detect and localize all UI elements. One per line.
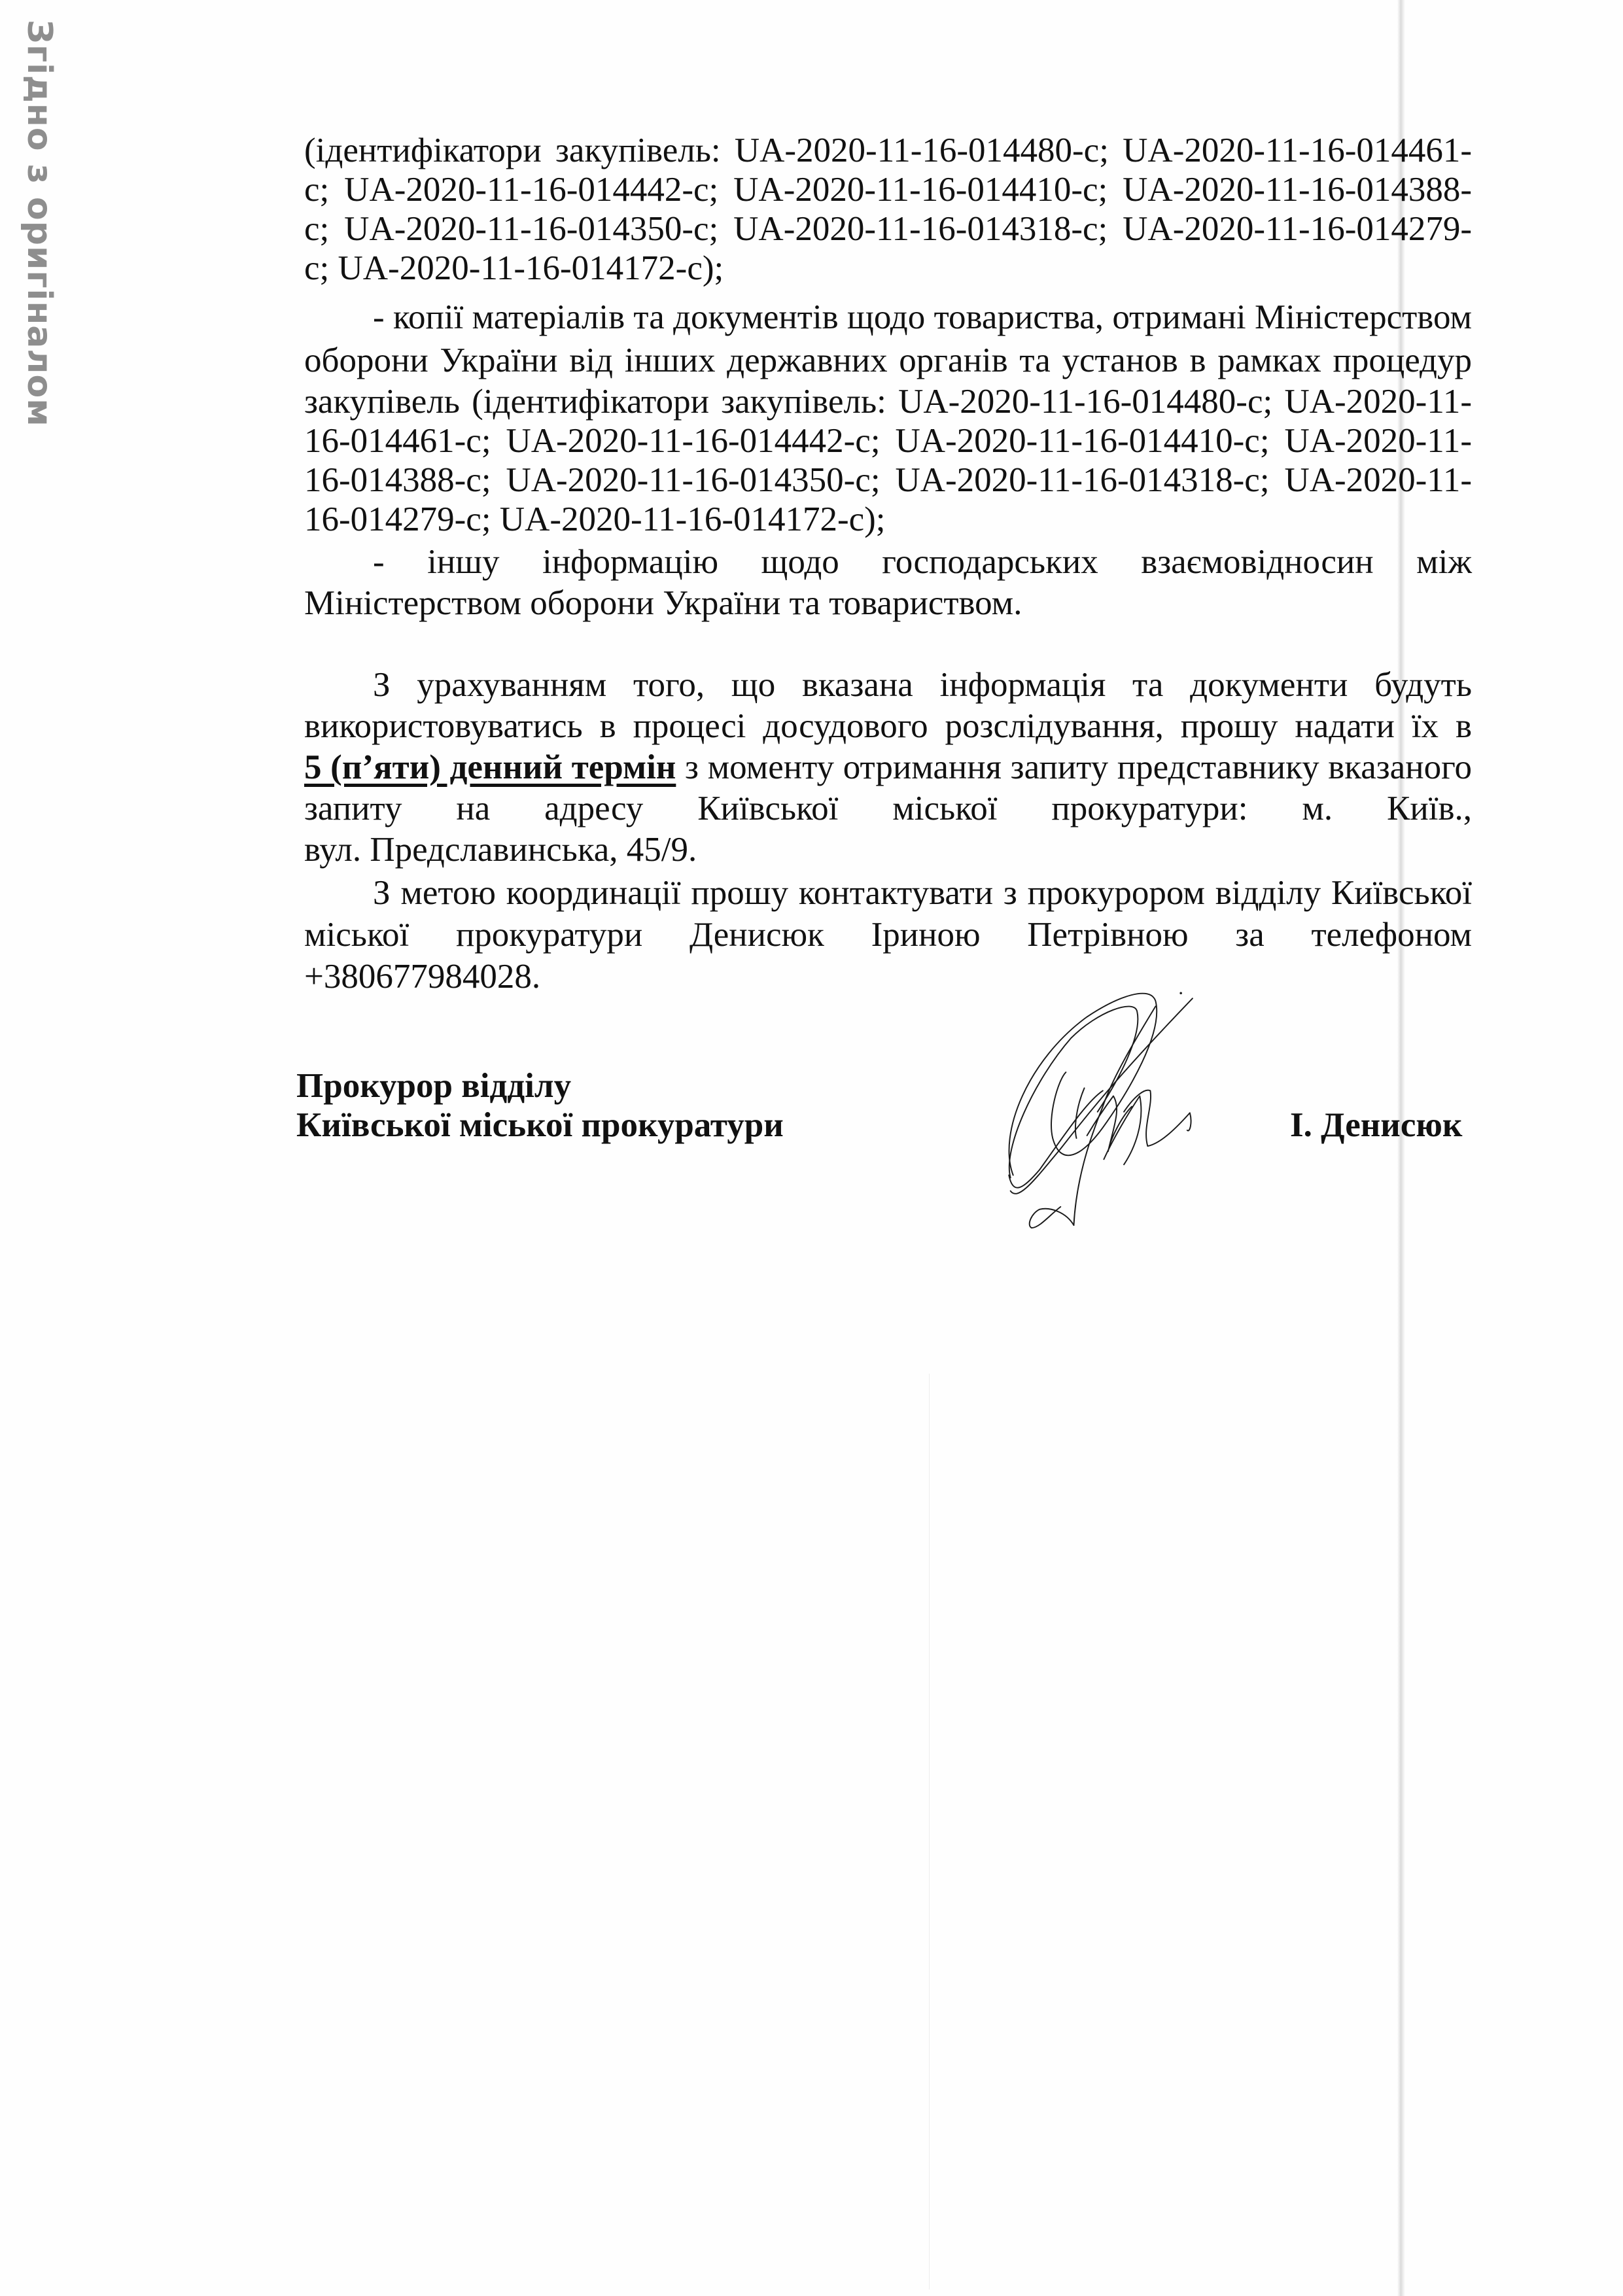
text-line: 16-014388-с; UA-2020-11-16-014350-с; UA-… [304,461,1472,500]
text-line: запиту на адресу Київської міської проку… [304,788,1472,829]
deadline-rest: з моменту отримання запиту представнику … [676,748,1472,786]
text-line: с; UA-2020-11-16-014350-с; UA-2020-11-16… [304,209,1472,249]
text-line: - іншу інформацію щодо господарських вза… [304,540,1472,583]
deadline-emphasis: 5 (п’яти) денний термін [304,748,676,786]
handwritten-signature-icon [981,975,1256,1302]
text-line: Міністерством оборони України та товарис… [304,583,1472,623]
text-line: 16-014461-с; UA-2020-11-16-014442-с; UA-… [304,421,1472,461]
signatory-position: Прокурор відділу Київської міської проку… [296,1066,784,1145]
materials-copies-item: - копії матеріалів та документів щодо то… [304,296,1472,539]
text-line-deadline: 5 (п’яти) денний термін з моменту отрима… [304,747,1472,788]
text-line: З урахуванням того, що вказана інформаці… [304,665,1472,706]
contact-paragraph: З метою координації прошу контактувати з… [304,872,1472,998]
text-line: (ідентифікатори закупівель: UA-2020-11-1… [304,131,1472,170]
text-line: оборони України від інших державних орга… [304,339,1472,382]
other-information-item: - іншу інформацію щодо господарських вза… [304,540,1472,623]
text-line: використовуватись в процесі досудового р… [304,706,1472,747]
scan-fold-line-faint [929,1374,930,2289]
text-line: З метою координації прошу контактувати з… [304,872,1472,914]
text-line: 16-014279-с; UA-2020-11-16-014172-с); [304,500,1472,539]
procurement-ids-paragraph: (ідентифікатори закупівель: UA-2020-11-1… [304,131,1472,288]
text-line: міської прокуратури Денисюк Іриною Петрі… [304,914,1472,956]
position-organization: Київської міської прокуратури [296,1105,784,1145]
position-title: Прокурор відділу [296,1066,784,1105]
deadline-request-paragraph: З урахуванням того, що вказана інформаці… [304,665,1472,871]
phone-number: +380677984028. [304,956,1472,998]
signatory-name: І. Денисюк [1290,1105,1462,1145]
text-line: с; UA-2020-11-16-014442-с; UA-2020-11-16… [304,170,1472,209]
document-page: Згідно з оригіналом (ідентифікатори заку… [0,0,1623,2296]
text-line: - копії матеріалів та документів щодо то… [304,296,1472,339]
certified-copy-watermark: Згідно з оригіналом [21,20,60,438]
text-line: с; UA-2020-11-16-014172-с); [304,249,1472,288]
text-line: закупівель (ідентифікатори закупівель: U… [304,382,1472,421]
watermark-text: Згідно з оригіналом [20,20,59,427]
address-line: вул. Предславинська, 45/9. [304,829,1472,871]
